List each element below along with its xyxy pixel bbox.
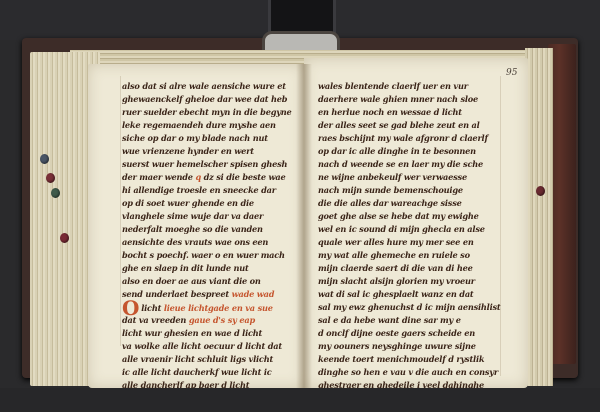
text-line: wat di sal ic ghesplaelt wanz en dat — [318, 288, 504, 301]
text-line: daerhere wale ghien mner nach sloe — [318, 93, 504, 106]
text-segment: der maer wende — [122, 172, 193, 182]
page-edges-right — [525, 48, 553, 386]
text-line: en herlue noch en wessae d licht — [318, 106, 504, 119]
text-line: siche op dar o my blade nach nut — [122, 132, 298, 145]
text-line: ghewaenckelf gheloe dar wee dat heb — [122, 93, 298, 106]
text-line: licht wur ghesien en wae d licht — [122, 327, 298, 340]
text-line: send underlaet bespreet wade wad — [122, 288, 298, 301]
rubric-text: gaue d's sy eap — [189, 315, 255, 325]
rubric-letter: q — [195, 172, 201, 182]
text-line: wales blentende claerlf uer en vur — [318, 80, 504, 93]
text-line: wue vrienzene hynder en wert — [122, 145, 298, 158]
page-tab-marker[interactable] — [536, 186, 545, 196]
text-line: raes bschijnt my wale afgronr d claerlf — [318, 132, 504, 145]
text-line: ruer suelder ebecht myn in die begyne — [122, 106, 298, 119]
folio-number: 95 — [506, 68, 517, 78]
text-line: Olicht lieue lichtgade en va sue — [122, 301, 298, 314]
text-line: nach mijn sunde bemenschouige — [318, 184, 504, 197]
text-line: wel en ic sound di mijn ghecla en alse — [318, 223, 504, 236]
page-tab-marker[interactable] — [46, 173, 55, 183]
background-bottom — [0, 388, 600, 412]
rubric-text: lieue lichtgade en va sue — [164, 303, 273, 313]
left-page-text: also dat si alre wale aensiche wure et g… — [122, 80, 298, 392]
text-line: also en doer ae aus viant die on — [122, 275, 298, 288]
text-line: der alles seet se gad blehe zeut en al — [318, 119, 504, 132]
text-line: nach d weende se en laer my die sche — [318, 158, 504, 171]
page-tab-marker[interactable] — [60, 233, 69, 243]
text-line: alle vraenir licht schluit ligs vlicht — [122, 353, 298, 366]
text-segment: licht — [141, 303, 161, 313]
text-line: goet ghe alse se hebe dat my ewighe — [318, 210, 504, 223]
text-line: mijn claerde saert di die van di hee — [318, 262, 504, 275]
rubric-text: wade wad — [232, 289, 275, 299]
text-line: keende toert menichmoudelf d rystlik — [318, 353, 504, 366]
decorated-initial: O — [122, 301, 139, 315]
text-line: dat va vreeden gaue d's sy eap — [122, 314, 298, 327]
text-line: my wat alle ghemeche en ruiele so — [318, 249, 504, 262]
text-line: d onclf dijne oeste gaers scheide en — [318, 327, 504, 340]
text-line: suerst wuer hemelscher spisen ghesh — [122, 158, 298, 171]
ruling-line — [120, 76, 121, 346]
page-tab-marker[interactable] — [40, 154, 49, 164]
text-line: quale wer alles hure my mer see en — [318, 236, 504, 249]
book-clamp — [268, 0, 336, 34]
text-line: op di soet wuer ghende en die — [122, 197, 298, 210]
text-line: nederfalt moeghe so die vanden — [122, 223, 298, 236]
text-line: sal e da hebe want dine sar my e — [318, 314, 504, 327]
text-line: die die alles dar wareachge sisse — [318, 197, 504, 210]
text-line: der maer wende q dz si die beste wae — [122, 171, 298, 184]
text-line: my oouners neysghinge uwure sijne — [318, 340, 504, 353]
text-line: vlanghele sime wuje dar va daer — [122, 210, 298, 223]
text-line: va wolke alle licht oecuur d licht dat — [122, 340, 298, 353]
text-line: mijn slacht alsijn glorien my vroeur — [318, 275, 504, 288]
text-segment: dz si die beste wae — [204, 172, 286, 182]
text-line: dinghe so hen e vau v die auch en consyr — [318, 366, 504, 379]
text-line: op dar ic alle dinghe in te besonnen — [318, 145, 504, 158]
right-page-text: wales blentende claerlf uer en vur daerh… — [318, 80, 504, 392]
text-line: sal my ewz ghenuchst d ic mijn aensihlis… — [318, 301, 504, 314]
text-line: bocht s poechf. waer o en wuer mach — [122, 249, 298, 262]
page-tab-marker[interactable] — [51, 188, 60, 198]
text-line: leke regemaendeh dure myshe aen — [122, 119, 298, 132]
text-line: ic alle licht daucherkf wue licht ic — [122, 366, 298, 379]
text-line: aensichte des vrauts wae ons een — [122, 236, 298, 249]
text-segment: dat va vreeden — [122, 315, 186, 325]
text-line: ne wijne anbekeulf wer verwaesse — [318, 171, 504, 184]
text-line: also dat si alre wale aensiche wure et — [122, 80, 298, 93]
text-line: hi allendige troesle en sneecke dar — [122, 184, 298, 197]
text-line: ghe en slaep in dit lunde nut — [122, 262, 298, 275]
book-gutter — [296, 64, 312, 388]
